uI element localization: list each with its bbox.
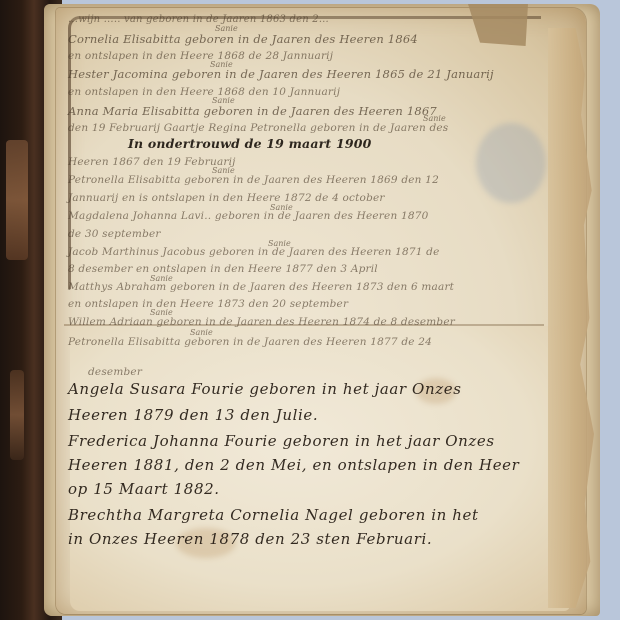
entry-line: desember	[88, 366, 142, 378]
entry-line: Jacob Marthinus Jacobus geboren in de Ja…	[68, 246, 440, 258]
entry-line-lower: in Onzes Heeren 1878 den 23 sten Februar…	[68, 530, 432, 548]
entry-line: Matthys Abraham geboren in de Jaaren des…	[68, 281, 454, 293]
entry-line: Magdalena Johanna Lavi.. geboren in de J…	[68, 210, 428, 222]
entry-line: Jannuarij en is ontslapen in den Heere 1…	[68, 192, 385, 204]
entry-line: Petronella Elisabitta geboren in de Jaar…	[68, 336, 432, 348]
superscript-note: Sanie	[215, 24, 238, 33]
superscript-note: Sanie	[423, 114, 446, 123]
marriage-annotation: In ondertrouwd de 19 maart 1900	[128, 136, 372, 151]
entry-line: …wijn ….. van geboren in de Jaaren 1863 …	[68, 14, 329, 25]
superscript-note: Sanie	[212, 166, 235, 175]
superscript-note: Sanie	[212, 96, 235, 105]
entry-line: Heeren 1867 den 19 Februarij	[68, 156, 236, 168]
superscript-note: Sanie	[210, 60, 233, 69]
entry-line: Hester Jacomina geboren in de Jaaren des…	[68, 67, 494, 81]
superscript-note: Sanie	[270, 203, 293, 212]
entry-line: Willem Adriaan geboren in de Jaaren des …	[68, 316, 455, 328]
superscript-note: Sanie	[268, 239, 291, 248]
entry-line-lower: op 15 Maart 1882.	[68, 480, 220, 498]
entry-line: en ontslapen in den Heere 1873 den 20 se…	[68, 298, 348, 310]
entry-line-lower: Brechtha Margreta Cornelia Nagel geboren…	[68, 506, 479, 524]
superscript-note: Sanie	[150, 274, 173, 283]
entry-line-lower: Frederica Johanna Fourie geboren in het …	[68, 432, 495, 450]
entry-line: den 19 Februarij Gaartje Regina Petronel…	[68, 122, 448, 134]
water-stain	[476, 123, 546, 203]
entry-line-lower: Angela Susara Fourie geboren in het jaar…	[68, 380, 462, 398]
leather-strip	[6, 140, 28, 260]
entry-line-lower: Heeren 1881, den 2 den Mei, en ontslapen…	[68, 456, 519, 474]
entry-line: 8 desember en ontslapen in den Heere 187…	[68, 263, 378, 275]
entry-line-lower: Heeren 1879 den 13 den Julie.	[68, 406, 318, 424]
entry-line: en ontslapen in den Heere 1868 den 10 Ja…	[68, 86, 340, 98]
entry-line: Petronella Elisabitta geboren in de Jaar…	[68, 174, 439, 186]
entry-line: en ontslapen in den Heere 1868 de 28 Jan…	[68, 50, 333, 62]
entry-line: de 30 september	[68, 228, 161, 240]
superscript-note: Sanie	[190, 328, 213, 337]
entry-line: Anna Maria Elisabitta geboren in de Jaar…	[68, 104, 437, 118]
superscript-note: Sanie	[150, 308, 173, 317]
entry-line: Cornelia Elisabitta geboren in de Jaaren…	[68, 32, 418, 46]
leather-strip-lower	[10, 370, 24, 460]
